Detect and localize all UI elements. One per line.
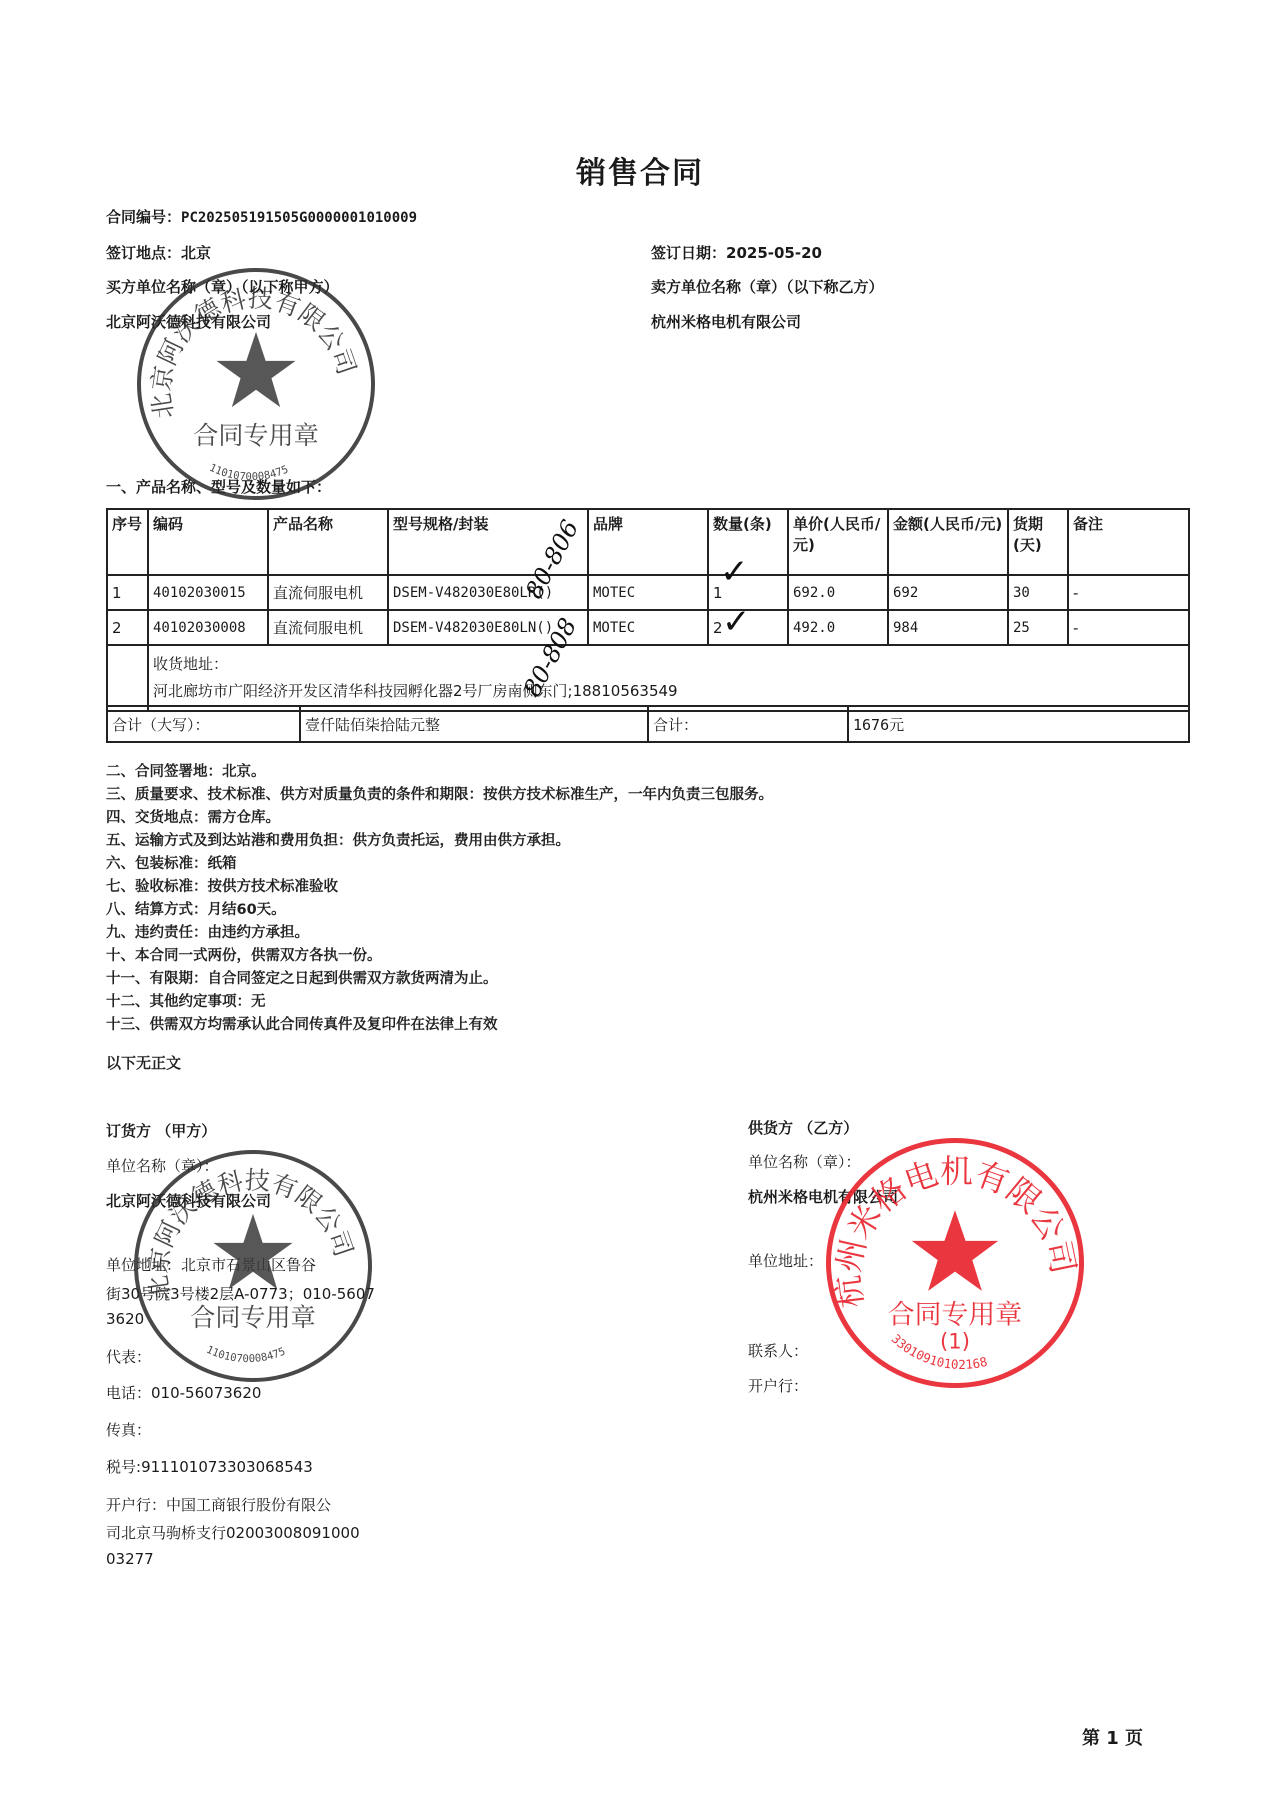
buyer-signature-stamp-graphic: 北京阿沃德科技有限公司 1101070008475 合同专用章 xyxy=(138,1154,368,1378)
buyer-company-stamp: 北京阿沃德科技有限公司 1101070008475 合同专用章 xyxy=(137,268,375,500)
total-upper-label: 合计（大写）： xyxy=(107,706,300,742)
cell-lead-time: 30 xyxy=(1008,575,1068,610)
clause-item: 八、结算方式：月结60天。 xyxy=(106,898,286,919)
buyer-signature-stamp: 北京阿沃德科技有限公司 1101070008475 合同专用章 xyxy=(134,1150,372,1382)
clause-item: 十一、有限期：自合同签定之日起到供需双方款货两清为止。 xyxy=(106,967,498,988)
sign-place-label: 签订地点： xyxy=(106,244,181,262)
page-number: 第 1 页 xyxy=(1082,1724,1143,1750)
seller-stamp-purpose: 合同专用章 xyxy=(888,1299,1022,1330)
cell-brand: MOTEC xyxy=(588,575,708,610)
clause-item: 二、合同签署地：北京。 xyxy=(106,760,266,781)
party-a-bank: 开户行：中国工商银行股份有限公 xyxy=(106,1494,331,1515)
product-table: 序号 编码 产品名称 型号规格/封装 品牌 数量(条) 单价(人民币/元) 金额… xyxy=(106,508,1190,712)
header-index: 序号 xyxy=(107,509,148,575)
header-lead-time: 货期(天) xyxy=(1008,509,1068,575)
sign-place-value: 北京 xyxy=(181,244,211,262)
party-a-bank-line3: 03277 xyxy=(106,1550,154,1568)
header-remark: 备注 xyxy=(1068,509,1189,575)
buyer-signature-stamp-purpose: 合同专用章 xyxy=(190,1303,315,1332)
table-row: 2 40102030008 直流伺服电机 DSEM-V482030E80LN()… xyxy=(107,610,1189,645)
party-a-bank-line2: 司北京马驹桥支行02003008091000 xyxy=(106,1522,360,1543)
buyer-stamp-code: 1101070008475 xyxy=(207,461,290,483)
party-a-heading: 订货方 （甲方） xyxy=(106,1120,216,1141)
cell-model: DSEM-V482030E80LR() xyxy=(388,575,588,610)
header-amount: 金额(人民币/元) xyxy=(888,509,1008,575)
party-a-phone-value: 010-56073620 xyxy=(151,1384,261,1402)
total-label: 合计： xyxy=(648,706,848,742)
handwritten-check-2: ✓ xyxy=(722,602,751,642)
seller-signature-stamp: 杭州米格电机有限公司 3301091010216​8 合同专用章 (1) xyxy=(826,1138,1084,1388)
cell-remark: - xyxy=(1068,610,1189,645)
clause-item: 四、交货地点：需方仓库。 xyxy=(106,806,280,827)
party-a-tax: 税号:911101073303068543 xyxy=(106,1456,313,1477)
cell-unit-price: 492.0 xyxy=(788,610,888,645)
buyer-signature-stamp-code: 1101070008475 xyxy=(204,1343,287,1365)
star-icon xyxy=(216,332,295,407)
clause-item: 七、验收标准：按供方技术标准验收 xyxy=(106,875,338,896)
table-row: 1 40102030015 直流伺服电机 DSEM-V482030E80LR()… xyxy=(107,575,1189,610)
total-upper-value: 壹仟陆佰柒拾陆元整 xyxy=(300,706,648,742)
header-brand: 品牌 xyxy=(588,509,708,575)
header-code: 编码 xyxy=(148,509,268,575)
clause-item: 六、包装标准：纸箱 xyxy=(106,852,237,873)
address-label: 收货地址： xyxy=(153,653,1184,674)
cell-remark: - xyxy=(1068,575,1189,610)
cell-code: 40102030008 xyxy=(148,610,268,645)
clause-item: 三、质量要求、技术标准、供方对质量负责的条件和期限：按供方技术标准生产，一年内负… xyxy=(106,783,773,804)
cell-brand: MOTEC xyxy=(588,610,708,645)
cell-amount: 984 xyxy=(888,610,1008,645)
svg-text:1101070008475: 1101070008475 xyxy=(204,1343,287,1365)
address-row-blank xyxy=(107,645,148,711)
header-unit-price: 单价(人民币/元) xyxy=(788,509,888,575)
seller-stamp-graphic: 杭州米格电机有限公司 3301091010216​8 合同专用章 (1) xyxy=(831,1143,1079,1383)
address-value: 河北廊坊市广阳经济开发区清华科技园孵化器2号厂房南侧东门;18810563549 xyxy=(153,680,1184,701)
party-a-phone-label: 电话： xyxy=(106,1384,151,1402)
party-a-tax-value: 911101073303068543 xyxy=(141,1458,313,1476)
cell-code: 40102030015 xyxy=(148,575,268,610)
svg-text:1101070008475: 1101070008475 xyxy=(207,461,290,483)
end-note: 以下无正文 xyxy=(106,1052,181,1073)
star-icon xyxy=(213,1214,292,1289)
seller-name: 杭州米格电机有限公司 xyxy=(651,311,801,332)
sign-date: 签订日期：2025-05-20 xyxy=(651,242,822,263)
clause-item: 十三、供需双方均需承认此合同传真件及复印件在法律上有效 xyxy=(106,1013,498,1034)
total-row: 合计（大写）： 壹仟陆佰柒拾陆元整 合计： 1676元 xyxy=(107,706,1189,742)
seller-stamp-number: (1) xyxy=(940,1328,970,1353)
party-b-heading: 供货方 （乙方） xyxy=(748,1117,858,1138)
cell-product-name: 直流伺服电机 xyxy=(268,575,388,610)
handwritten-check-1: ✓ xyxy=(720,552,749,592)
party-a-phone: 电话：010-56073620 xyxy=(106,1382,261,1403)
total-table: 合计（大写）： 壹仟陆佰柒拾陆元整 合计： 1676元 xyxy=(106,705,1190,743)
party-b-address-label: 单位地址： xyxy=(748,1250,823,1271)
party-a-bank-line1: 中国工商银行股份有限公 xyxy=(166,1496,331,1514)
clause-item: 九、违约责任：由违约方承担。 xyxy=(106,921,309,942)
table-header-row: 序号 编码 产品名称 型号规格/封装 品牌 数量(条) 单价(人民币/元) 金额… xyxy=(107,509,1189,575)
party-b-bank-label: 开户行： xyxy=(748,1375,808,1396)
address-cell: 收货地址： 河北廊坊市广阳经济开发区清华科技园孵化器2号厂房南侧东门;18810… xyxy=(148,645,1189,711)
party-a-bank-label: 开户行： xyxy=(106,1496,166,1514)
svg-text:3301091010216​8: 3301091010216​8 xyxy=(889,1331,989,1372)
clause-item: 十二、其他约定事项：无 xyxy=(106,990,266,1011)
party-a-fax-label: 传真： xyxy=(106,1419,151,1440)
buyer-stamp-purpose: 合同专用章 xyxy=(193,421,318,450)
sign-place: 签订地点：北京 xyxy=(106,242,211,263)
clause-item: 十、本合同一式两份，供需双方各执一份。 xyxy=(106,944,382,965)
star-icon xyxy=(912,1210,998,1291)
party-a-tax-label: 税号: xyxy=(106,1458,141,1476)
buyer-stamp-graphic: 北京阿沃德科技有限公司 1101070008475 合同专用章 xyxy=(141,272,371,496)
cell-product-name: 直流伺服电机 xyxy=(268,610,388,645)
cell-unit-price: 692.0 xyxy=(788,575,888,610)
sign-date-label: 签订日期： xyxy=(651,244,726,262)
party-b-contact-label: 联系人： xyxy=(748,1340,808,1361)
address-row: 收货地址： 河北廊坊市广阳经济开发区清华科技园孵化器2号厂房南侧东门;18810… xyxy=(107,645,1189,711)
total-value: 1676元 xyxy=(848,706,1189,742)
contract-number-value: PC20250519150​5G0000001010009 xyxy=(181,210,417,226)
clause-item: 五、运输方式及到达站港和费用负担：供方负责托运，费用由供方承担。 xyxy=(106,829,570,850)
seller-stamp-code: 3301091010216​8 xyxy=(889,1331,989,1372)
header-product-name: 产品名称 xyxy=(268,509,388,575)
sign-date-value: 2025-05-20 xyxy=(726,244,822,262)
contract-number-label: 合同编号： xyxy=(106,208,181,226)
cell-index: 1 xyxy=(107,575,148,610)
cell-amount: 692 xyxy=(888,575,1008,610)
cell-lead-time: 25 xyxy=(1008,610,1068,645)
contract-number: 合同编号：PC20250519150​5G0000001010009 xyxy=(106,206,417,227)
seller-label: 卖方单位名称（章）（以下称乙方） xyxy=(651,276,884,297)
document-title: 销售合同 xyxy=(0,148,1280,192)
cell-index: 2 xyxy=(107,610,148,645)
